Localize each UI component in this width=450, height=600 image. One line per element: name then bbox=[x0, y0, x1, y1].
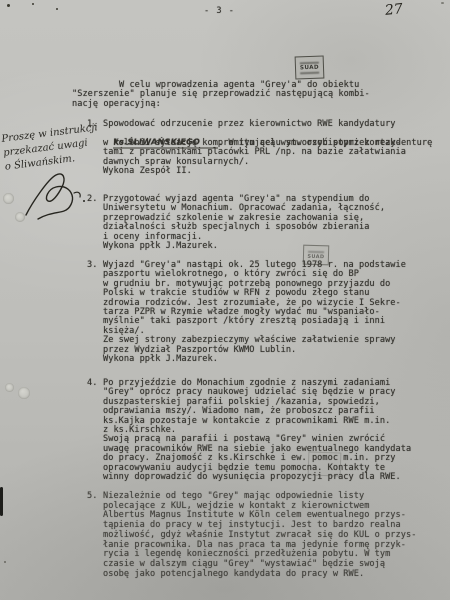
archive-stamp: SUAD bbox=[295, 56, 325, 80]
stamp-illegible-line bbox=[300, 71, 318, 74]
item-2-text: Przygotować wyjazd agenta "Grey'a" na st… bbox=[103, 195, 385, 251]
handwritten-page-number: 27 bbox=[384, 1, 403, 19]
hole-punch bbox=[5, 383, 14, 392]
scan-edge-artifact bbox=[0, 487, 3, 516]
stamp-label: SUAD bbox=[300, 64, 319, 71]
item-1-text: w Kolonii sytuację kompromitującą wym. o… bbox=[103, 139, 406, 177]
item-5-number: 5. bbox=[87, 492, 97, 501]
intro-paragraph: W celu wprowadzenia agenta "Grey'a" do o… bbox=[72, 81, 370, 109]
stamp-label: SUAD bbox=[307, 253, 324, 259]
scan-speck bbox=[4, 561, 6, 563]
hole-punch bbox=[3, 193, 14, 204]
item-1-line-1: Spowodować odrzucenie przez kierownictwo… bbox=[103, 120, 396, 129]
scan-speck bbox=[441, 2, 444, 4]
page-number: - 3 - bbox=[204, 7, 235, 16]
item-3-text: Wyjazd "Grey'a" nastąpi ok. 25 lutego 19… bbox=[103, 261, 406, 364]
hole-punch bbox=[18, 387, 30, 399]
signature bbox=[18, 163, 98, 223]
item-5-text: Niezależnie od tego "Grey" mając odpowie… bbox=[103, 492, 416, 579]
scan-speck bbox=[7, 4, 10, 7]
scan-speck bbox=[32, 3, 34, 5]
item-3-number: 3. bbox=[87, 261, 97, 270]
item-4-number: 4. bbox=[87, 379, 97, 388]
item-4-text: Po przyjeździe do Monachium zgodnie z na… bbox=[103, 379, 411, 482]
scan-speck bbox=[56, 8, 58, 10]
